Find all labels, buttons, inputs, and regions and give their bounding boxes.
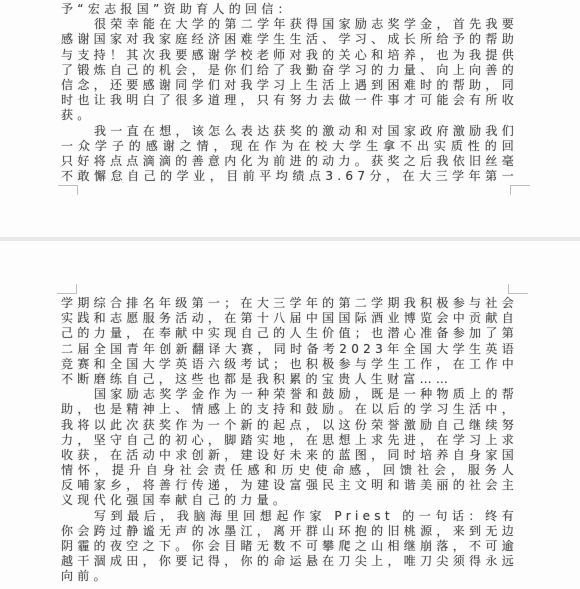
crop-mark-page1-bottom-left [58, 185, 78, 195]
page2-line-19: 向前。 [61, 569, 518, 584]
page1-line-7: 时也让我明白了很多道理，只有努力去做一件事才可能会有所收 [61, 93, 518, 108]
page1-line-6: 信念，还要感谢同学们对我学习上生活上遇到困难时的帮助，同 [61, 78, 518, 93]
page2-line-5: 竞赛和全国大学英语六级考试；也积极参与学生工作，在工作中 [61, 357, 518, 372]
scanned-letter-view: 予“宏志报国”资助育人的回信：很荣幸能在大学的第二学年获得国家励志奖学金，首先我… [0, 0, 580, 589]
page1-line-9: 我一直在想，该怎么表达获奖的激动和对国家政府激励我们 [61, 124, 518, 139]
crop-mark-page2-top-right [508, 284, 528, 294]
page2-line-2: 实践和志愿服务活动，在第十八届中国国际酒业博览会中贡献自 [61, 311, 518, 326]
page2-line-9: 我将以此次获奖作为一个新的起点，以这份荣誉激励自己继续努 [61, 418, 518, 433]
page2-line-16: 你会跨过静谧无声的冰墨江，离开群山环抱的旧桃源，来到无边 [61, 524, 518, 539]
page2-line-7: 国家励志奖学金作为一种荣誉和鼓励，既是一种物质上的帮 [61, 387, 518, 402]
page1-line-8: 获。 [61, 108, 518, 123]
page1-line-11: 只好将点点滴滴的善意内化为前进的动力。获奖之后我依旧丝毫 [61, 154, 518, 169]
page1-line-10: 一众学子的感谢之情，现在作为在校大学生拿不出实质性的回报， [61, 139, 518, 154]
crop-mark-page1-bottom-right [510, 185, 530, 195]
page1-line-3: 感谢国家对我家庭经济困难学生生活、学习、成长所给予的帮助 [61, 32, 518, 47]
page2-line-13: 反哺家乡，将善行传递，为建设富强民主文明和谐美丽的社会主 [61, 478, 518, 493]
page-1-text: 予“宏志报国”资助育人的回信：很荣幸能在大学的第二学年获得国家励志奖学金，首先我… [61, 2, 518, 184]
page2-line-6: 不断磨练自己，这些也都是我积累的宝贵人生财富…… [61, 372, 518, 387]
page1-line-1: 予“宏志报国”资助育人的回信： [61, 2, 518, 17]
page1-line-12: 不敢懈怠自己的学业，目前平均绩点3.67分，在大三学年第一 [61, 169, 518, 184]
page2-line-8: 助，也是精神上、情感上的支持和鼓励。在以后的学习生活中， [61, 402, 518, 417]
page2-line-4: 二届全国青年创新翻译大赛，同时备考2023年全国大学生英语 [61, 342, 518, 357]
page-2-text: 学期综合排名年级第一；在大三学年的第二学期我积极参与社会实践和志愿服务活动，在第… [61, 296, 518, 585]
page2-line-17: 阴霾的夜空之下。你会目睹无数不可攀爬之山相继崩落，不可逾 [61, 539, 518, 554]
page1-line-5: 了锻炼自己的机会，是你们给了我勤奋学习的力量、向上向善的 [61, 63, 518, 78]
page1-line-4: 与支持！其次我要感谢学校老师对我的关心和培养，也为我提供 [61, 48, 518, 63]
page2-line-15: 写到最后，我脑海里回想起作家 Priest 的一句话：终有一天， [61, 509, 518, 524]
crop-mark-page2-top-left [57, 284, 77, 294]
page2-line-10: 力，坚守自己的初心，脚踏实地，在思想上求先进，在学习上求 [61, 433, 518, 448]
page1-line-2: 很荣幸能在大学的第二学年获得国家励志奖学金，首先我要 [61, 17, 518, 32]
page2-line-18: 越干涸成田，你要记得，你的命运悬在刀尖上，唯刀尖须得永远 [61, 554, 518, 569]
page2-line-1: 学期综合排名年级第一；在大三学年的第二学期我积极参与社会 [61, 296, 518, 311]
page-separator [0, 237, 580, 241]
page2-line-3: 己的力量，在奉献中实现自己的人生价值；也潜心准备参加了第 [61, 326, 518, 341]
page2-line-14: 义现代化强国奉献自己的力量。 [61, 493, 518, 508]
page2-line-12: 情怀，提升自身社会责任感和历史使命感，回馈社会，服务人民， [61, 463, 518, 478]
page2-line-11: 收获，在活动中求创新，建设好未来的蓝图，同时培养自身家国 [61, 448, 518, 463]
